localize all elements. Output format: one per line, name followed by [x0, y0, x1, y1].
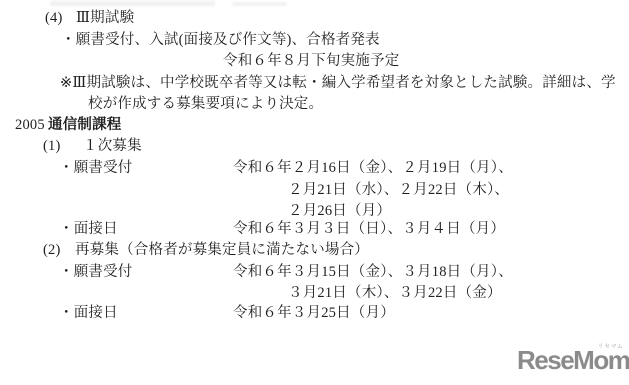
- section4-items-line: ・願書受付、入試(面接及び作文等)、合格者発表: [61, 33, 380, 48]
- section4-note-line2: 校が作成する募集要項により決定。: [88, 97, 323, 112]
- section4-number: (4): [45, 11, 63, 26]
- cropped-line-artifact-2: [232, 2, 287, 6]
- first-application-dates-2: ２月21日（水）、２月22日（木）、: [288, 183, 509, 198]
- first-application-label: ・願書受付: [59, 161, 133, 176]
- re-interview-dates: 令和６年３月25日（月）: [233, 306, 395, 321]
- first-interview-label: ・面接日: [59, 222, 118, 237]
- re-recruitment-title: 再募集（合格者が募集定員に満たない場合）: [75, 243, 369, 258]
- section4-title: Ⅲ期試験: [76, 11, 134, 26]
- cropped-line-artifact: [50, 1, 215, 6]
- first-interview-dates: 令和６年３月３日（日）、３月４日（月）: [233, 222, 505, 237]
- re-application-dates-2: ３月21日（木）、３月22日（金）: [288, 286, 502, 301]
- first-application-dates-3: ２月26日（月）: [288, 204, 391, 219]
- document-page: (4) Ⅲ期試験 ・願書受付、入試(面接及び作文等)、合格者発表 令和６年８月下…: [0, 0, 629, 385]
- re-recruitment-number: (2): [43, 243, 61, 258]
- first-application-dates-1: 令和６年２月16日（金）、２月19日（月）、: [233, 161, 513, 176]
- resemom-logo: ReseMom.: [517, 347, 629, 373]
- re-interview-label: ・面接日: [59, 306, 118, 321]
- first-recruitment-title: １次募集: [83, 139, 142, 154]
- resemom-logo-ruby: リセマム: [598, 344, 624, 350]
- course-title: 通信制課程: [48, 118, 122, 133]
- re-application-dates-1: 令和６年３月15日（金）、３月18日（月）、: [233, 265, 513, 280]
- re-application-label: ・願書受付: [59, 265, 133, 280]
- course-code: 2005: [15, 118, 45, 133]
- section4-schedule: 令和６年８月下旬実施予定: [223, 54, 399, 69]
- section4-note-line1: ※Ⅲ期試験は、中学校既卒者等又は転・編入学希望者を対象とした試験。詳細は、学: [60, 76, 616, 91]
- first-recruitment-number: (1): [43, 139, 61, 154]
